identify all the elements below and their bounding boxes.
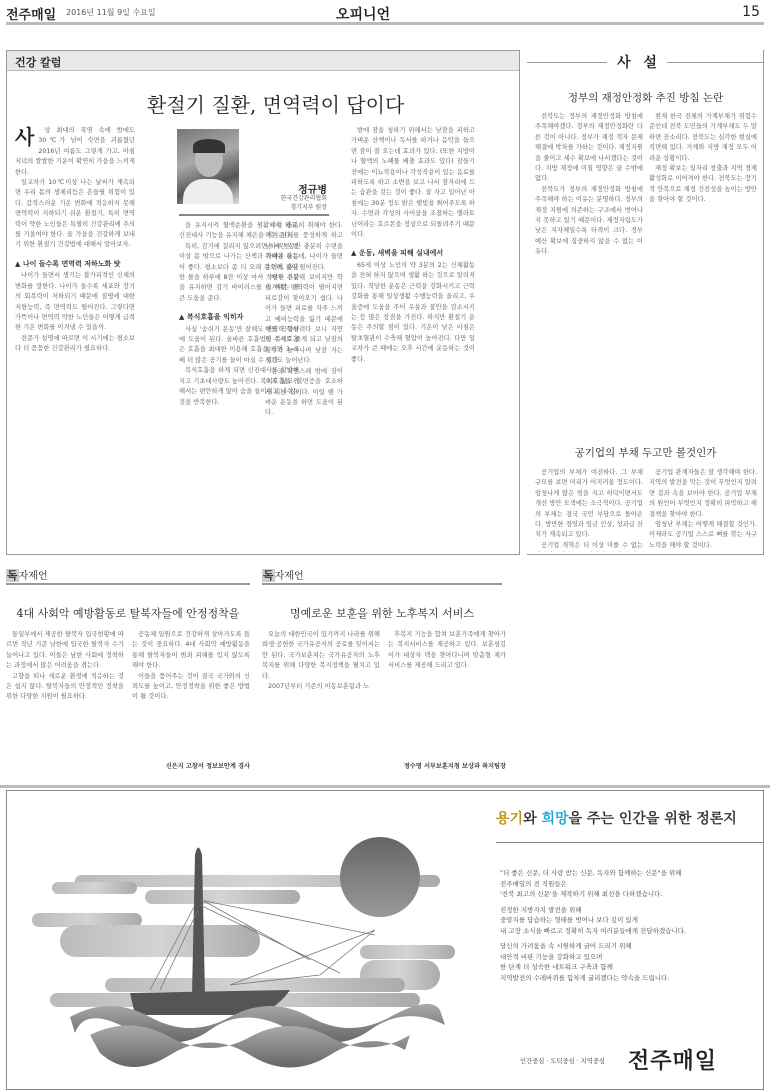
editorial-1-column-1: 전북도는 정부의 재정안정화 방침에 주목해야겠다. 정부의 재정안정화란 다른… bbox=[535, 112, 643, 432]
reader-header: 독자제언 bbox=[262, 565, 502, 585]
page-number: 15 bbox=[742, 4, 760, 20]
author-photo bbox=[177, 129, 239, 204]
ad-rule bbox=[496, 842, 764, 843]
ad-slogan: 용기와 희망을 주는 인간을 위한 정론지 bbox=[496, 808, 737, 828]
drop-cap: 사 bbox=[15, 126, 34, 148]
issue-date: 2016년 11월 9일 수요일 bbox=[66, 7, 156, 18]
reader-opinion-2: 독자제언 명예로운 보훈을 위한 노후복지 서비스 오늘의 대한민국이 있기까지… bbox=[262, 565, 520, 780]
reader-signature: 정수명 서부보훈지청 보상과 복지팀장 bbox=[372, 761, 506, 770]
body-column-1: 사 상 최대의 폭염 속에 밤에도 30℃가 넘어 숙면을 괴롭혔던 2016년… bbox=[15, 126, 135, 551]
masthead-rule bbox=[6, 22, 764, 25]
editorial-section: 사 설 정부의 재정안정화 추진 방침 논란 전북도는 정부의 재정안정화 방침… bbox=[527, 50, 764, 555]
reader-header: 독자제언 bbox=[6, 565, 250, 585]
editorial-2-column-1: 공기업의 부채가 여전하다. 그 부채 규모를 보면 머리가 어지러울 정도이다… bbox=[535, 468, 643, 552]
ship-illustration bbox=[20, 805, 465, 1075]
ad-footer-logo: 전주매일 bbox=[628, 1044, 717, 1075]
reader-1-column-1: 통일부에서 제공한 탈북자 입국현황에 따르면 작년 기준 남한에 입국한 탈북… bbox=[6, 630, 124, 768]
reader-opinion-1: 독자제언 4대 사회악 예방활동로 탈북자들에 안정정착을 통일부에서 제공한 … bbox=[6, 565, 250, 780]
reader-headline: 명예로운 보훈을 위한 노후복지 서비스 bbox=[262, 605, 502, 621]
article-headline: 환절기 질환, 면역력이 답이다 bbox=[147, 89, 404, 118]
section-title: 오피니언 bbox=[336, 4, 390, 24]
reader-headline: 4대 사회악 예방활동로 탈북자들에 안정정착을 bbox=[6, 605, 250, 621]
author-divider bbox=[179, 214, 329, 216]
editorial-headline-1: 정부의 재정안정화 추진 방침 논란 bbox=[527, 90, 764, 105]
body-column-3: 수는 충분히 취해야 한다. 이는 신체를 풍성하게 하고 낮 시간 동안 충분… bbox=[265, 221, 343, 551]
body-column-4: 밤에 잠을 청하기 위해서는 낮잠을 피하고 가벼운 산책이나 독서를 하거나 … bbox=[351, 126, 475, 551]
editorial-tag: 사 설 bbox=[617, 52, 661, 72]
column-tag: 건강 칼럼 bbox=[15, 54, 61, 70]
masthead: 전주매일 2016년 11월 9일 수요일 오피니언 15 bbox=[6, 4, 766, 24]
subheading: ▲ 나이 들수록 면역력 저하노화 탓 bbox=[15, 259, 135, 269]
section-divider bbox=[0, 785, 770, 788]
health-column-header: 건강 칼럼 bbox=[7, 51, 519, 71]
editorial-headline-2: 공기업의 부채 두고만 볼것인가 bbox=[527, 445, 764, 460]
newspaper-logo: 전주매일 bbox=[6, 4, 56, 23]
ad-footer-slogan: 인간중심 · 도덕중심 · 지역중심 bbox=[520, 1056, 605, 1065]
reader-signature: 신은지 고창서 정보보안계 경사 bbox=[132, 761, 250, 770]
editorial-1-column-2: 현재 한국 전체의 가계부채가 위험수준인데 전북 도민들의 가계부채도 두 말… bbox=[649, 112, 757, 432]
reader-2-column-2: 후복지 기능을 합쳐 보훈가족에게 찾아가는 복지서비스를 제공하고 있다. 보… bbox=[388, 630, 506, 758]
health-column: 건강 칼럼 환절기 질환, 면역력이 답이다 정규병 한국건강관리협회 경기지부… bbox=[6, 50, 520, 555]
subheading: ▲ 운동, 새벽을 피해 실내에서 bbox=[351, 248, 475, 258]
reader-1-column-2: 공동체 일원으로 건강하게 살아가도록 돕는 것이 중요하다. 4대 사회악 예… bbox=[132, 630, 250, 758]
author-affiliation: 한국건강관리협회 경기지부 원장 bbox=[227, 194, 327, 212]
ad-body: "더 좋은 신문, 더 사랑 받는 신문, 독자와 함께하는 신문"을 위해 전… bbox=[500, 868, 762, 988]
reader-2-column-1: 오늘의 대한민국이 있기까지 나라를 위해 희생·공헌한 국가유공자의 공로를 … bbox=[262, 630, 380, 768]
editorial-2-column-2: 공기업 관계자들은 잘 생각해야 한다. 지역의 발전을 막는 것이 무엇인지 … bbox=[649, 468, 757, 552]
